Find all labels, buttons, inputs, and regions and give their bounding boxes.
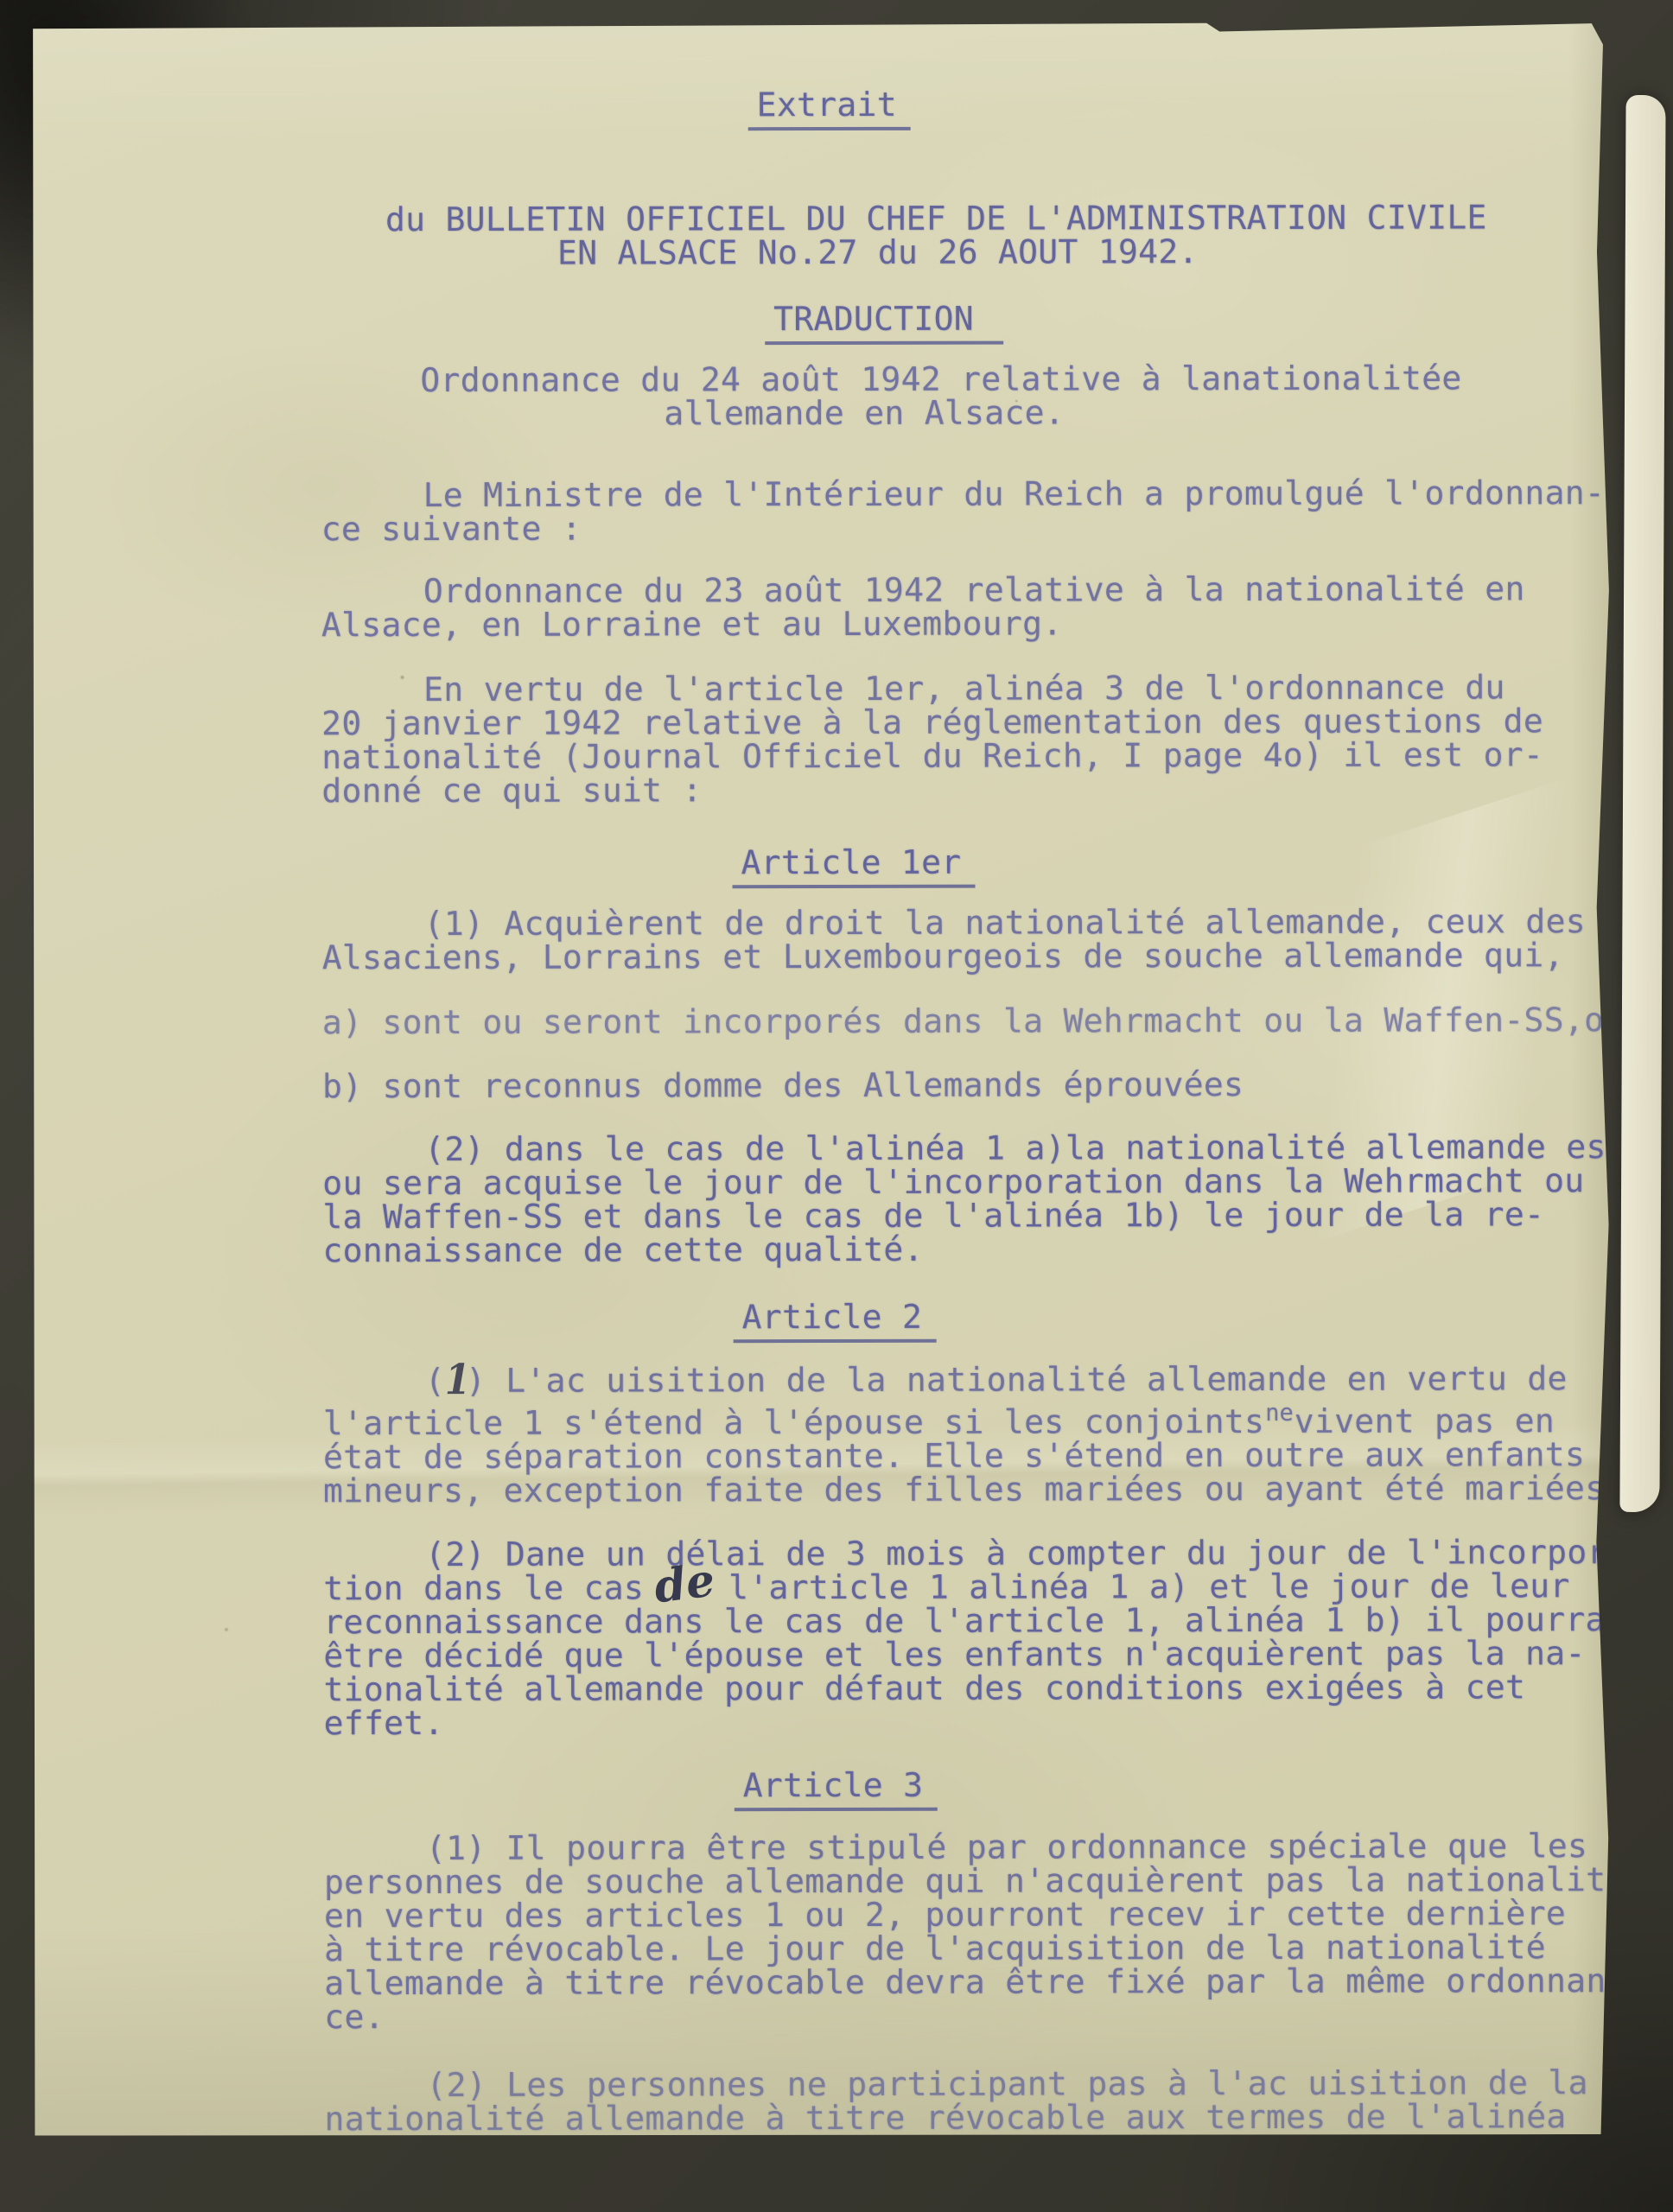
scanner-background: Extrait du BULLETIN OFFICIEL DU CHEF DE … [0,0,1673,2212]
paper-edge-underlay [1619,95,1665,1512]
paragraph-line: connaissance de cette qualité. [322,1231,1651,1268]
article3-paragraph1: (1) Il pourra être stipulé par ordonnanc… [324,1829,1651,2034]
text-segment: vivent pas en [1295,1402,1555,1440]
paragraph-line: Ordonnance du 23 août 1942 relative à la… [321,572,1651,608]
typewritten-text: Extrait du BULLETIN OFFICIEL DU CHEF DE … [321,86,1651,2136]
list-item-line: b) sont reconnus domme des Allemands épr… [322,1067,1651,1103]
paragraph-line: Le Ministre de l'Intérieur du Reich a pr… [321,476,1651,512]
paragraph-line: mineurs, exception faite des filles mari… [323,1471,1651,1508]
subject-line: allemande en Alsace. [664,395,1651,430]
handwritten-de: de [654,1580,715,1588]
source-block: du BULLETIN OFFICIEL DU CHEF DE L'ADMINI… [321,200,1651,270]
translation-heading-block: TRADUCTION [321,301,1651,346]
document-page: Extrait du BULLETIN OFFICIEL DU CHEF DE … [29,19,1651,2138]
paragraph-line: effet. [324,1704,1651,1740]
paragraph-line: (1) L'ac uisition de la nationalité alle… [323,1362,1651,1398]
article1-heading-block: Article 1er [321,844,1651,889]
text-segment: tion dans le cas [323,1568,644,1607]
preamble-paragraph: En vertu de l'article 1er, alinéa 3 de l… [321,671,1651,808]
document-title: Extrait [748,88,911,130]
article1-heading: Article 1er [732,846,975,889]
article1-item-b: b) sont reconnus domme des Allemands épr… [322,1067,1651,1103]
article2-heading: Article 2 [734,1300,937,1343]
paragraph-line: ce suivante : [321,510,1651,546]
source-line: du BULLETIN OFFICIEL DU CHEF DE L'ADMINI… [385,200,1651,237]
article1-paragraph1: (1) Acquièrent de droit la nationalité a… [322,905,1651,975]
paragraph-line: allemande à titre révocable devra être f… [324,1964,1651,2000]
paragraph-line: donné ce qui suit : [321,772,1651,808]
article1-paragraph2: (2) dans le cas de l'alinéa 1 a)la natio… [322,1130,1651,1268]
article2-paragraph1: (1) L'ac uisition de la nationalité alle… [323,1362,1651,1508]
text-segment: ) L'ac uisition de la nationalité allema… [466,1359,1568,1400]
title-block: Extrait [321,86,1651,131]
translation-heading: TRADUCTION [765,302,1003,346]
intro-paragraph: Le Ministre de l'Intérieur du Reich a pr… [321,476,1651,546]
article1-item-a: a) sont ou seront incorporés dans la Weh… [322,1003,1651,1039]
subject-line: Ordonnance du 24 août 1942 relative à la… [420,361,1651,397]
article2-paragraph2: (2) Dane un délai de 3 mois à compter du… [323,1535,1651,1740]
paragraph-line: Alsace, en Lorraine et au Luxembourg. [321,606,1651,642]
paragraph-line: la Waffen-SS et dans le cas de l'alinéa … [322,1198,1651,1234]
list-item-line: a) sont ou seront incorporés dans la Weh… [322,1003,1651,1039]
paragraph-line: ce. [324,1998,1651,2034]
paragraph-line: nationalité (Journal Officiel du Reich, … [321,738,1651,774]
paragraph-line: Alsaciens, Lorrains et Luxembourgeois de… [322,938,1651,975]
ordinance-title-paragraph: Ordonnance du 23 août 1942 relative à la… [321,572,1651,642]
paragraph-line: tionalité allemande pour défaut des cond… [323,1670,1651,1707]
typed-insertion-ne: ne [1265,1396,1294,1430]
article3-paragraph2: (2) Les personnes ne participant pas à l… [324,2066,1651,2136]
paragraph-line: l'article 1 s'étend à l'épouse si les co… [323,1395,1651,1440]
article3-heading-block: Article 3 [324,1767,1651,1812]
article2-heading-block: Article 2 [323,1299,1651,1344]
subject-block: Ordonnance du 24 août 1942 relative à la… [321,361,1651,431]
article3-heading: Article 3 [735,1769,938,1811]
source-line: EN ALSACE No.27 du 26 AOUT 1942. [557,234,1651,270]
paragraph-line: nationalité allemande à titre révocable … [324,2100,1651,2136]
